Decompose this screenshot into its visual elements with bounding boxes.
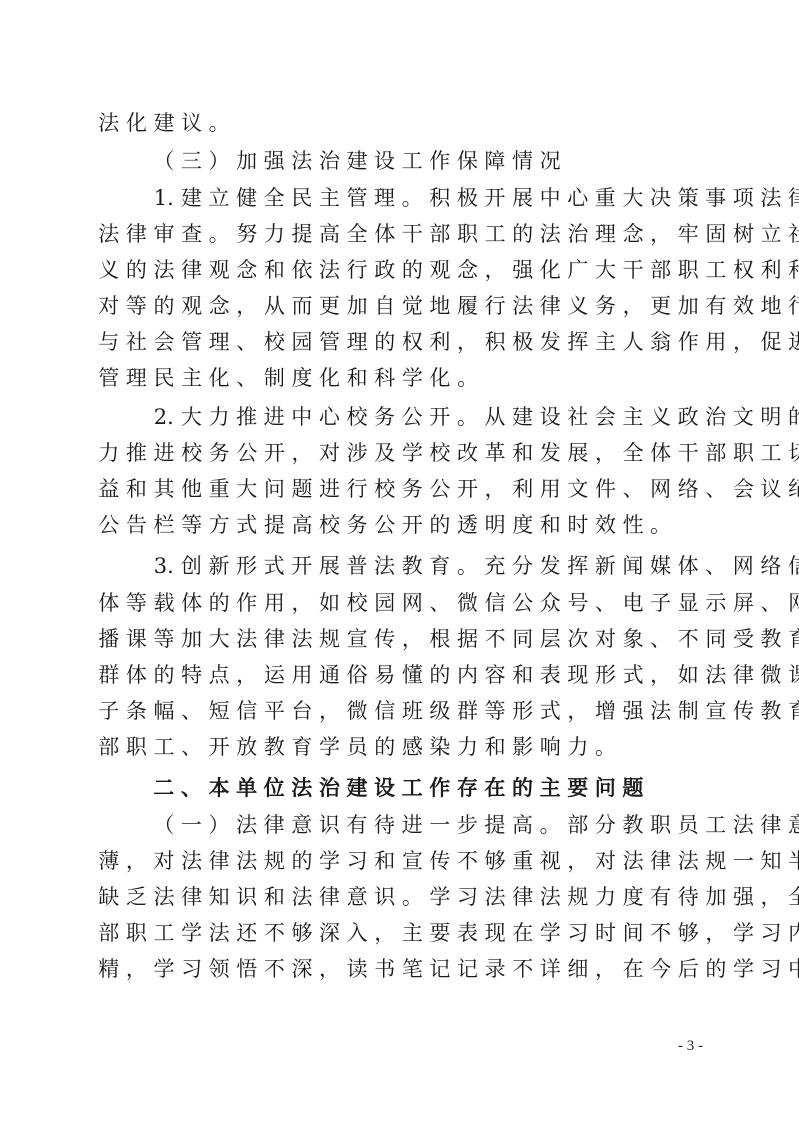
text-line: 群体的特点，运用通俗易懂的内容和表现形式，如法律微课、电 [95,660,799,690]
text-line: （一）法律意识有待进一步提高。部分教职员工法律意识淡 [150,810,799,840]
text-line: 缺乏法律知识和法律意识。学习法律法规力度有待加强，全校干 [95,882,799,912]
text-line: 法化建议。 [95,108,233,138]
text-line: 法律审查。努力提高全体干部职工的法治理念，牢固树立社会主 [95,219,799,249]
text-line: 1.建立健全民主管理。积极开展中心重大决策事项法律咨询和 [150,183,799,213]
text-line: 精，学习领悟不深，读书笔记记录不详细，在今后的学习中要加 [95,954,799,984]
text-line: 薄，对法律法规的学习和宣传不够重视，对法律法规一知半解， [95,846,799,876]
text-line: 与社会管理、校园管理的权利，积极发挥主人翁作用，促进中心 [95,327,799,357]
page-number: - 3 - [678,1038,703,1055]
text-line: 管理民主化、制度化和科学化。 [95,363,481,393]
text-line: 3.创新形式开展普法教育。充分发挥新闻媒体、网络信息化媒 [150,551,799,581]
text-line: 播课等加大法律法规宣传，根据不同层次对象、不同受教育程度 [95,624,799,654]
text-line: 部职工学法还不够深入，主要表现在学习时间不够，学习内容不 [95,918,799,948]
document-page: 法化建议。（三）加强法治建设工作保障情况1.建立健全民主管理。积极开展中心重大决… [0,0,799,1131]
section-heading: 二、本单位法治建设工作存在的主要问题 [150,773,647,803]
text-line: 部职工、开放教育学员的感染力和影响力。 [95,732,619,762]
text-line: 公告栏等方式提高校务公开的透明度和时效性。 [95,510,674,540]
text-line: 2.大力推进中心校务公开。从建设社会主义政治文明的高度大 [150,402,799,432]
text-line: 对等的观念，从而更加自觉地履行法律义务，更加有效地行使参 [95,291,799,321]
text-line: 力推进校务公开，对涉及学校改革和发展，全体干部职工切身利 [95,438,799,468]
text-line: 子条幅、短信平台，微信班级群等形式，增强法制宣传教育对干 [95,696,799,726]
text-line: 义的法律观念和依法行政的观念，强化广大干部职工权利和义务 [95,255,799,285]
text-line: （三）加强法治建设工作保障情况 [150,146,564,176]
text-line: 体等载体的作用，如校园网、微信公众号、电子显示屏、网络直 [95,588,799,618]
text-line: 益和其他重大问题进行校务公开，利用文件、网络、会议纪要和 [95,474,799,504]
